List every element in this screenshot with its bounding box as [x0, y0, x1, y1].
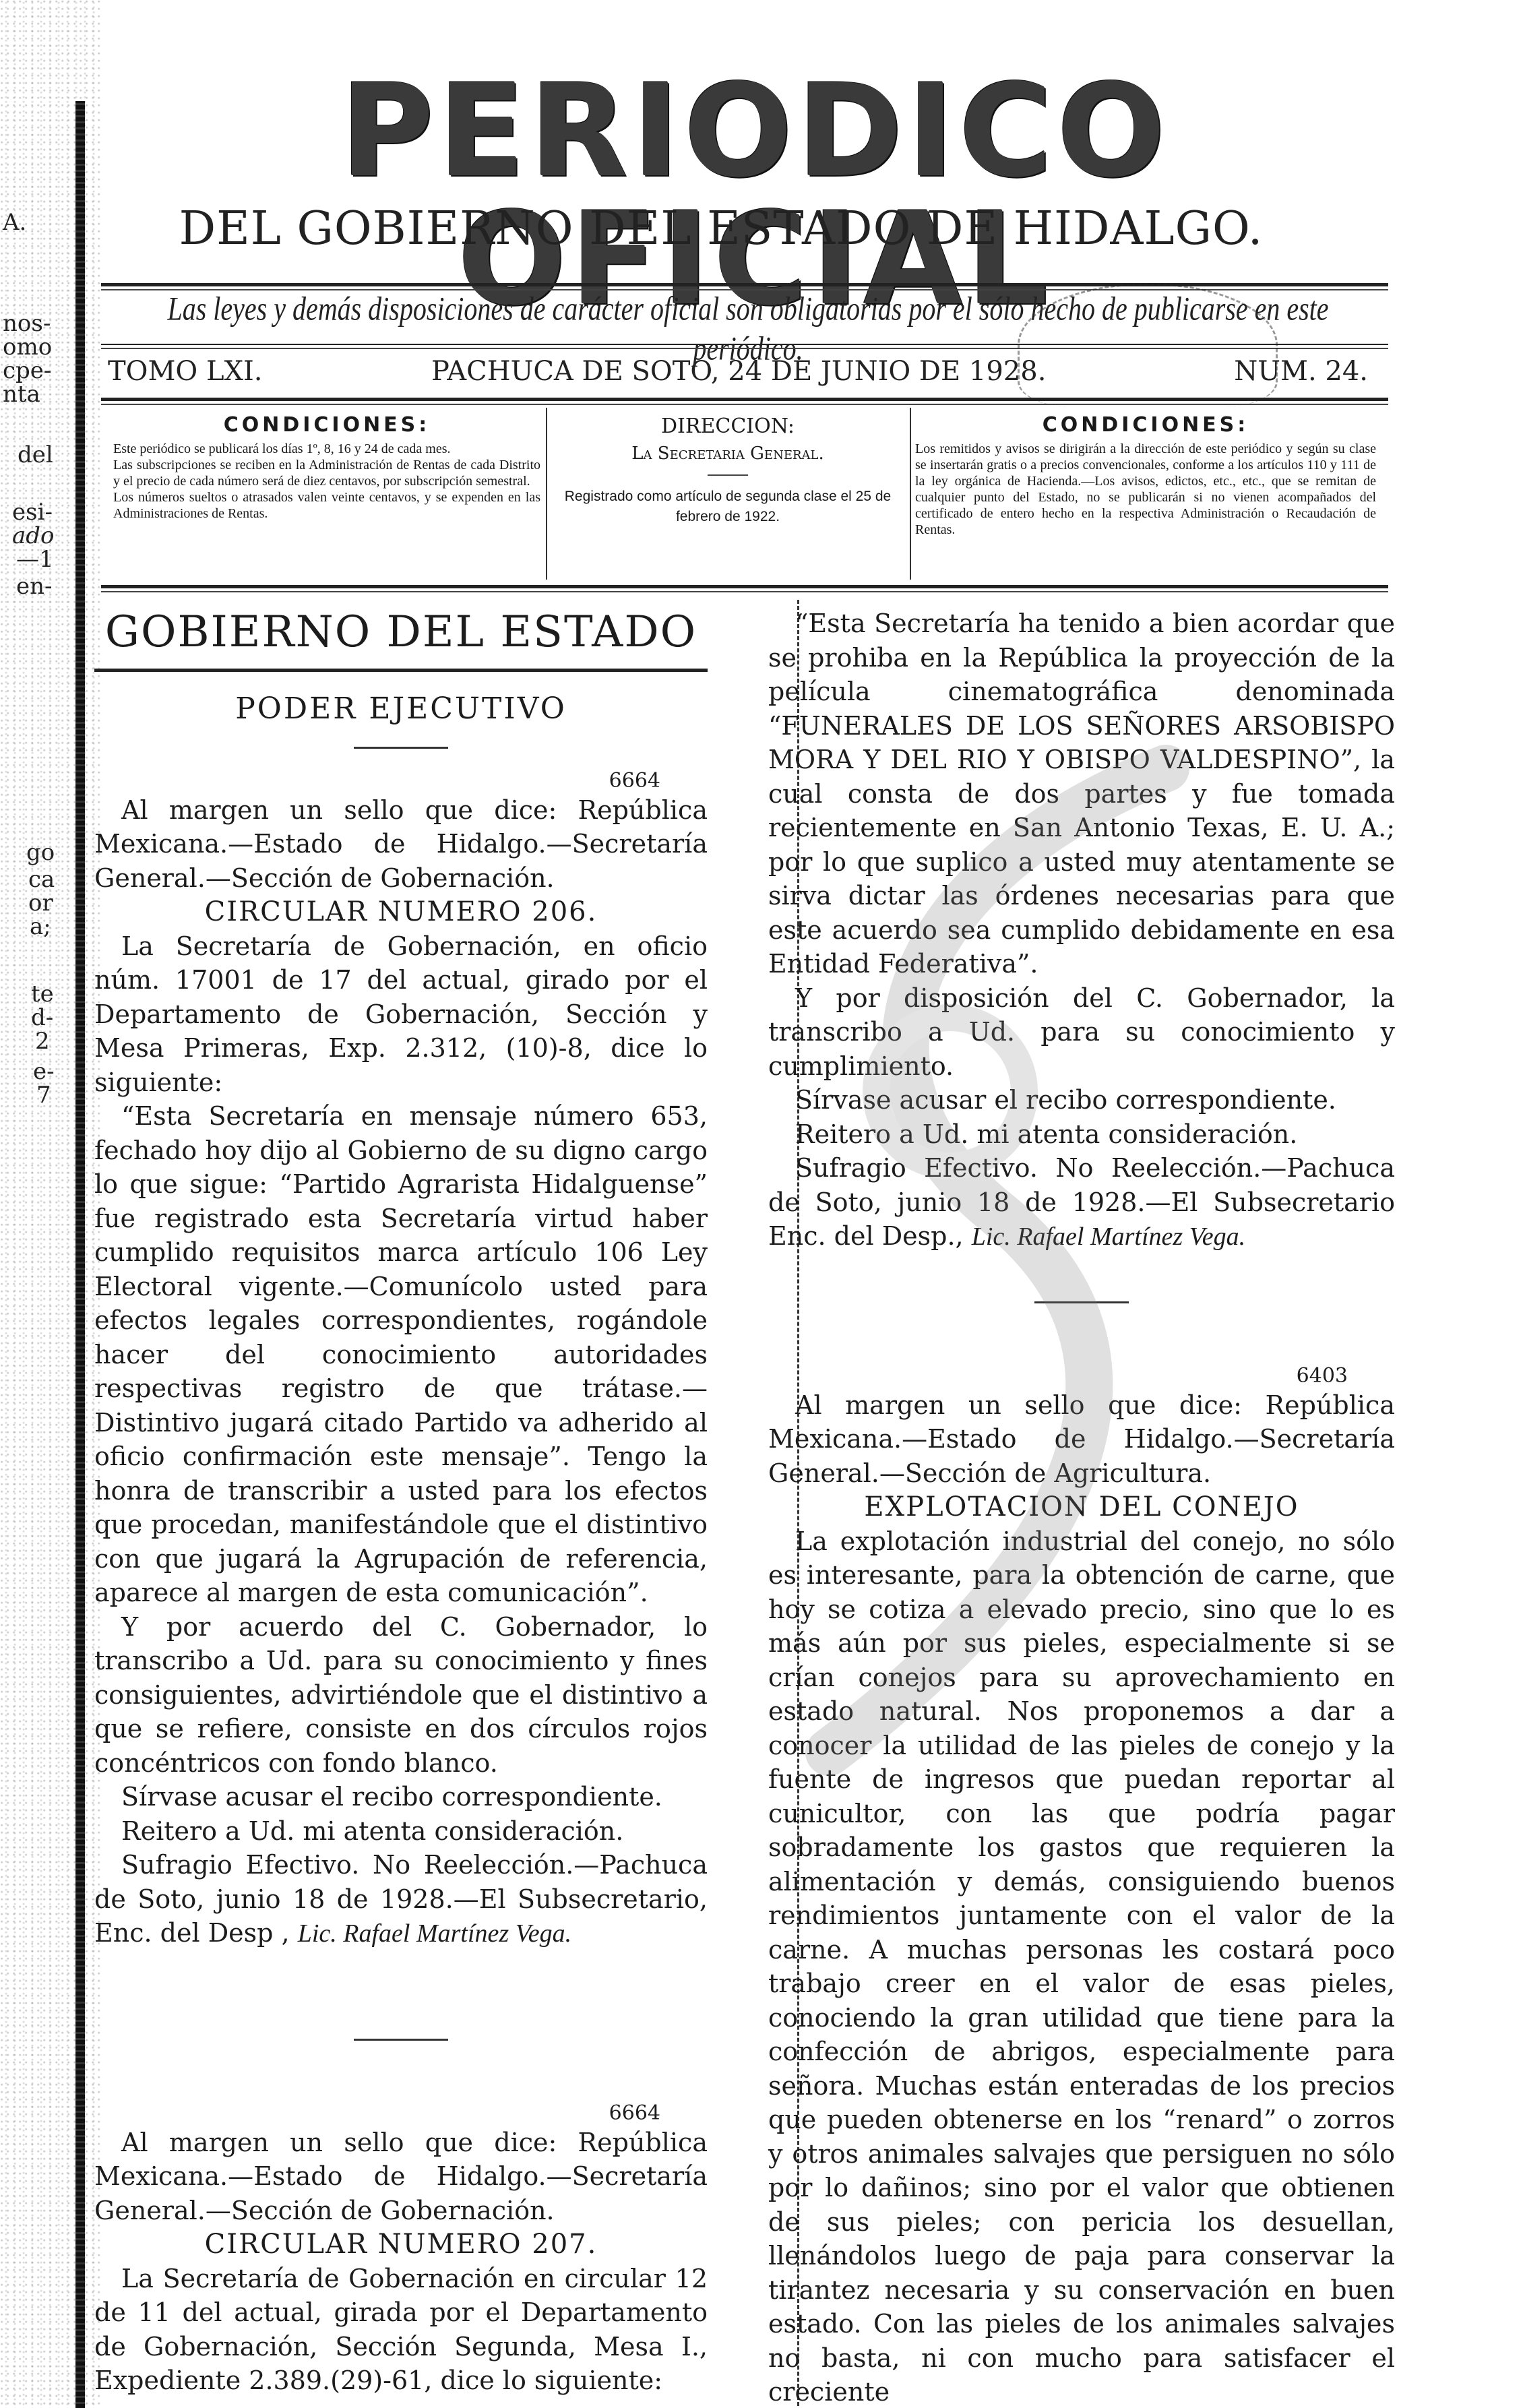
article-paragraph: “Esta Secretaría ha tenido a bien acorda… [768, 607, 1395, 981]
article-paragraph: Reitero a Ud. mi atenta consideración. [768, 1117, 1395, 1152]
faded-stamp [1018, 283, 1278, 406]
volume-label: TOMO LXI. [108, 356, 263, 387]
margin-fragment: te [31, 981, 54, 1008]
margin-fragment: omo [3, 334, 52, 361]
right-column: “Esta Secretaría ha tenido a bien acorda… [768, 607, 1395, 2408]
article-paragraph: “Esta Secretaría en mensaje número 653, … [94, 1099, 708, 1610]
article-paragraph: Sírvase acusar el recibo correspondiente… [768, 1083, 1395, 1117]
article-intro: Al margen un sello que dice: República M… [94, 2126, 708, 2228]
conditions-line: Las subscripciones se reciben en la Admi… [113, 457, 540, 489]
margin-fragment: nta [3, 381, 40, 408]
spacer [768, 1324, 1395, 1364]
article-paragraph: Y por acuerdo del C. Gobernador, lo tran… [94, 1610, 708, 1781]
margin-fragment: d- [31, 1004, 53, 1031]
conditions-line: Los números sueltos o atrasados valen ve… [113, 489, 540, 522]
article-heading: CIRCULAR NUMERO 206. [94, 895, 708, 929]
margin-fragment: cpe- [3, 357, 51, 384]
article-intro: Al margen un sello que dice: República M… [768, 1388, 1395, 1491]
margin-fragment: a; [30, 913, 51, 940]
article-paragraph: La Secretaría de Gobernación en circular… [94, 2262, 708, 2398]
spacer [94, 2061, 708, 2101]
margin-fragment: A. [3, 209, 26, 236]
divider [1034, 1301, 1129, 1303]
direction-box: DIRECCION: La Secretaria General. Regist… [546, 408, 911, 580]
margin-fragment: ado [12, 522, 55, 549]
signature: Lic. Rafael Martínez Vega. [298, 1919, 571, 1948]
divider [354, 747, 448, 749]
article-paragraph: La explotación industrial del conejo, no… [768, 1524, 1395, 2408]
place-date: PACHUCA DE SOTO, 24 DE JUNIO DE 1928. [431, 356, 1046, 387]
article-paragraph: Y por disposición del C. Gobernador, la … [768, 981, 1395, 1084]
direction-title: DIRECCION: [546, 414, 910, 438]
margin-fragment: nos- [3, 310, 51, 337]
conditions-box-right: CONDICIONES: Los remitidos y avisos se d… [910, 408, 1381, 580]
masthead-subtitle: DEL GOBIERNO DEL ESTADO DE HIDALGO. [88, 202, 1355, 255]
divider [354, 2039, 448, 2041]
article-paragraph: Sírvase acusar el recibo correspondiente… [94, 1780, 708, 1814]
margin-fragment: esi- [12, 499, 53, 526]
spacer [768, 1254, 1395, 1295]
margin-fragment: or [28, 890, 53, 917]
article-ref-number: 6664 [94, 2101, 708, 2126]
binding-spine [75, 101, 85, 2408]
article-heading: EXPLOTACION DEL CONEJO [768, 1490, 1395, 1524]
signature: Lic. Rafael Martínez Vega. [972, 1223, 1245, 1251]
margin-fragment: go [26, 839, 55, 866]
info-boxes: CONDICIONES: Este periódico se publicará… [101, 408, 1388, 580]
newspaper-page: PERIODICO OFICIAL DEL GOBIERNO DEL ESTAD… [88, 0, 1435, 2408]
divider [708, 474, 748, 476]
conditions-text: Los remitidos y avisos se dirigirán a la… [910, 437, 1381, 538]
margin-fragment: 2 [35, 1028, 50, 1055]
article-paragraph: Sufragio Efectivo. No Reelección.—Pachuc… [768, 1151, 1395, 1254]
conditions-title: CONDICIONES: [910, 413, 1381, 437]
registration-note: Registrado como artículo de segunda clas… [546, 487, 910, 527]
article-paragraph: Reitero a Ud. mi atenta consideración. [94, 1814, 708, 1849]
article-ref-number: 6664 [94, 769, 708, 793]
margin-fragment: e- [33, 1058, 55, 1085]
conditions-box-left: CONDICIONES: Este periódico se publicará… [108, 408, 547, 580]
article-heading: CIRCULAR NUMERO 207. [94, 2227, 708, 2262]
margin-fragment: 7 [36, 1082, 51, 1109]
article-paragraph: La Secretaría de Gobernación, en oficio … [94, 929, 708, 1100]
article-intro: Al margen un sello que dice: República M… [94, 793, 708, 896]
margin-fragment: en- [16, 573, 53, 600]
margin-fragment: ca [28, 866, 55, 893]
article-paragraph: Sufragio Efectivo. No Reelección.—Pachuc… [94, 1848, 708, 1951]
left-column: GOBIERNO DEL ESTADO PODER EJECUTIVO 6664… [94, 600, 708, 2398]
conditions-title: CONDICIONES: [108, 413, 546, 437]
section-title: GOBIERNO DEL ESTADO [94, 600, 708, 672]
conditions-line: Este periódico se publicará los días 1º,… [113, 441, 540, 457]
conditions-text: Este periódico se publicará los días 1º,… [108, 437, 546, 522]
article-ref-number: 6403 [768, 1364, 1395, 1388]
direction-office: La Secretaria General. [546, 443, 910, 464]
margin-fragment: —1 [16, 546, 54, 573]
subsection-title: PODER EJECUTIVO [94, 692, 708, 727]
header-rule [101, 398, 1388, 405]
spacer [94, 1951, 708, 2032]
margin-fragment: del [18, 441, 53, 468]
header-rule [101, 585, 1388, 592]
